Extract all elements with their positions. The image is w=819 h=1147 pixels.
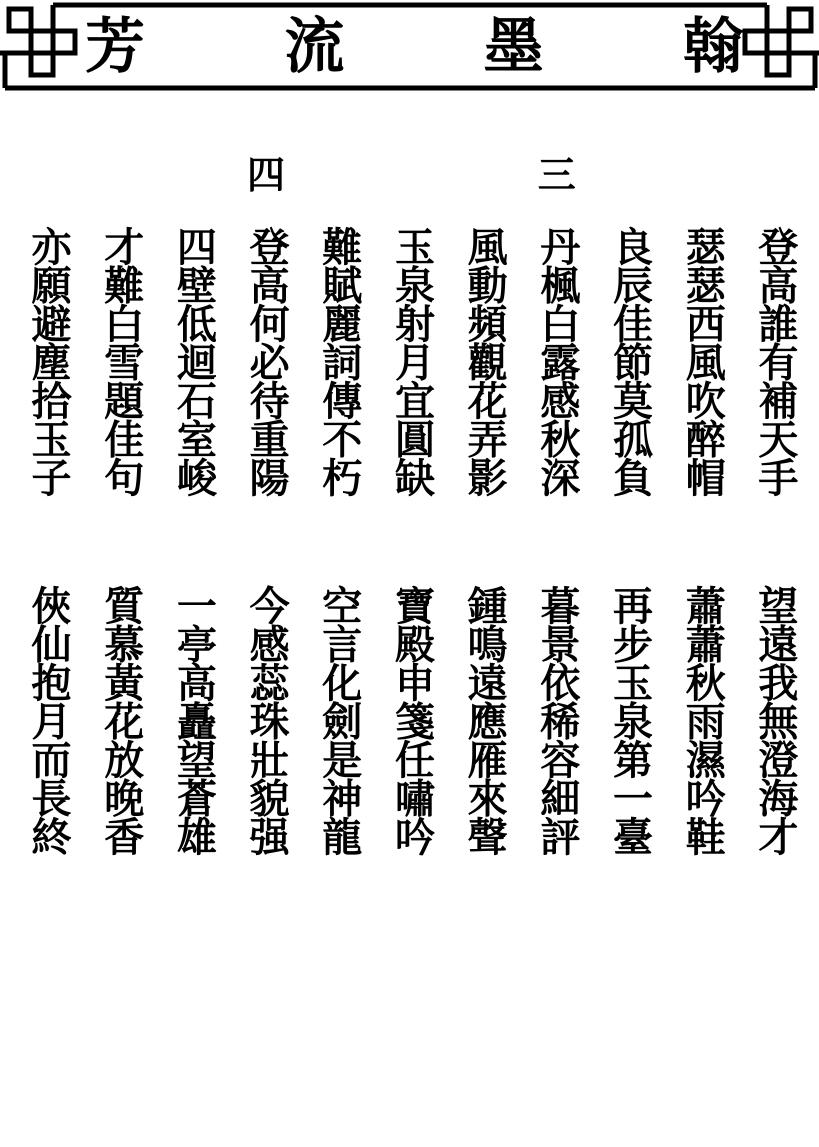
poem-line: 丹楓白露感秋深 [535, 226, 579, 496]
section-marker-three: 三 [535, 154, 579, 196]
poem-column: 鍾鳴遠應雁來聲 [462, 585, 506, 855]
poem-line: 寶殿申箋任嘯吟 [389, 585, 433, 855]
title-char: 翰 [683, 17, 743, 77]
marker-slot [99, 154, 143, 196]
section-number-label: 三 [538, 152, 576, 197]
poem-line: 四壁低迴石室峻 [171, 226, 215, 496]
poem-column: 俠仙抱月而長終 [26, 585, 70, 855]
poem-column: 再步玉泉第一臺 [608, 585, 652, 855]
poem-line: 才難白雪題佳句 [99, 226, 143, 496]
upper-couplet-row: 登高誰有補天手 瑟瑟西風吹醉帽 良辰佳節莫孤負 丹楓白露感秋深 風動頻觀花弄影 … [26, 226, 797, 496]
poem-line: 風動頻觀花弄影 [462, 226, 506, 496]
fret-knot-right-icon [745, 5, 819, 88]
marker-slot [753, 154, 797, 196]
marker-slot [680, 154, 724, 196]
poem-line: 暮景依稀容細評 [535, 585, 579, 855]
poem-column: 登高何必待重陽 [244, 226, 288, 496]
poem-column: 四壁低迴石室峻 [171, 226, 215, 496]
marker-slot [317, 154, 361, 196]
poem-column: 質慕黃花放晚香 [99, 585, 143, 855]
header-band: 芳 流 墨 翰 [0, 0, 819, 95]
poem-line: 空言化劍是神龍 [317, 585, 361, 855]
poem-column: 寶殿申箋任嘯吟 [389, 585, 433, 855]
poem-line: 登高何必待重陽 [244, 226, 288, 496]
calligraphy-page: 芳 流 墨 翰 三 四 登高誰有補天手 瑟瑟西風吹醉帽 良辰佳節莫孤負 丹楓白露… [0, 0, 819, 1147]
poem-column: 風動頻觀花弄影 [462, 226, 506, 496]
lower-couplet-row: 望遠我無澄海才 蕭蕭秋雨濕吟鞋 再步玉泉第一臺 暮景依稀容細評 鍾鳴遠應雁來聲 … [26, 585, 797, 855]
poem-column: 空言化劍是神龍 [317, 585, 361, 855]
poem-column: 亦願避塵拾玉子 [26, 226, 70, 496]
title-char: 墨 [484, 17, 544, 77]
poem-column: 難賦麗詞傳不朽 [317, 226, 361, 496]
poem-line: 質慕黃花放晚香 [99, 585, 143, 855]
poem-column: 瑟瑟西風吹醉帽 [680, 226, 724, 496]
poem-column: 玉泉射月宜圓缺 [389, 226, 433, 496]
section-number-label: 四 [247, 152, 285, 197]
poem-line: 良辰佳節莫孤負 [608, 226, 652, 496]
poem-line: 今感蕊珠壯貌强 [244, 585, 288, 855]
section-marker-four: 四 [244, 154, 288, 196]
poem-line: 望遠我無澄海才 [753, 585, 797, 855]
poem-column: 才難白雪題佳句 [99, 226, 143, 496]
poem-column: 一亭高矗望蒼雄 [171, 585, 215, 855]
poem-line: 蕭蕭秋雨濕吟鞋 [680, 585, 724, 855]
marker-slot [26, 154, 70, 196]
poem-column: 蕭蕭秋雨濕吟鞋 [680, 585, 724, 855]
marker-slot [608, 154, 652, 196]
poem-line: 一亭高矗望蒼雄 [171, 585, 215, 855]
poem-line: 俠仙抱月而長終 [26, 585, 70, 855]
poem-line: 再步玉泉第一臺 [608, 585, 652, 855]
marker-slot [389, 154, 433, 196]
poem-line: 瑟瑟西風吹醉帽 [680, 226, 724, 496]
title-char: 芳 [85, 17, 145, 77]
poem-column: 望遠我無澄海才 [753, 585, 797, 855]
poem-line: 亦願避塵拾玉子 [26, 226, 70, 496]
title-char: 流 [284, 17, 344, 77]
poem-column: 登高誰有補天手 [753, 226, 797, 496]
poem-column: 今感蕊珠壯貌强 [244, 585, 288, 855]
poem-column: 良辰佳節莫孤負 [608, 226, 652, 496]
poem-column: 暮景依稀容細評 [535, 585, 579, 855]
page-title: 芳 流 墨 翰 [85, 0, 743, 93]
fret-knot-left-icon [0, 5, 75, 88]
poem-line: 難賦麗詞傳不朽 [317, 226, 361, 496]
poem-line: 玉泉射月宜圓缺 [389, 226, 433, 496]
poem-line: 登高誰有補天手 [753, 226, 797, 496]
poem-column: 丹楓白露感秋深 [535, 226, 579, 496]
poem-line: 鍾鳴遠應雁來聲 [462, 585, 506, 855]
marker-slot [171, 154, 215, 196]
section-marker-row: 三 四 [26, 154, 797, 196]
marker-slot [462, 154, 506, 196]
